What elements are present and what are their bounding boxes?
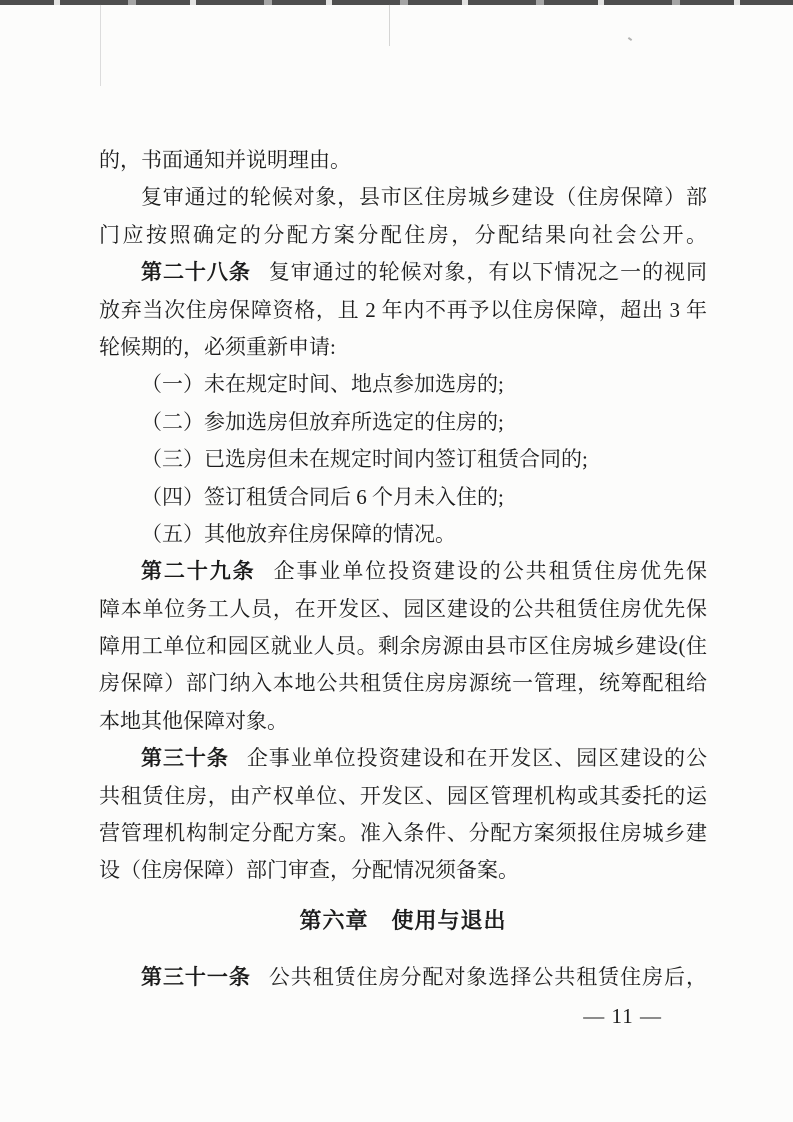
article-30-text: 企事业单位投资建设和在开发区、园区建设的公	[247, 746, 707, 770]
article-28-line: 放弃当次住房保障资格，且 2 年内不再予以住房保障，超出 3 年	[99, 292, 707, 329]
article-28-number: 第二十八条	[141, 260, 251, 284]
article-30-number: 第三十条	[141, 746, 229, 770]
article-29-line: 障本单位务工人员，在开发区、园区建设的公共租赁住房优先保	[99, 591, 707, 628]
article-30-opening-line: 第三十条企事业单位投资建设和在开发区、园区建设的公	[99, 740, 707, 777]
paragraph-continuation-line: 的，书面通知并说明理由。	[99, 142, 707, 179]
page-number: — 11 —	[583, 1004, 662, 1028]
list-item-1: （一）未在规定时间、地点参加选房的;	[99, 366, 707, 403]
scan-artifact-vertical-line	[389, 4, 390, 46]
article-29-line: 本地其他保障对象。	[99, 703, 707, 740]
chapter-6-heading: 第六章 使用与退出	[99, 902, 707, 939]
article-29-number: 第二十九条	[141, 559, 256, 583]
list-item-5: （五）其他放弃住房保障的情况。	[99, 516, 707, 553]
article-29-line: 障用工单位和园区就业人员。剩余房源由县市区住房城乡建设(住	[99, 628, 707, 665]
article-30-line: 营管理机构制定分配方案。准入条件、分配方案须报住房城乡建	[99, 815, 707, 852]
article-29-opening-line: 第二十九条企事业单位投资建设的公共租赁住房优先保	[99, 553, 707, 590]
scan-artifact-top-edge	[0, 0, 793, 5]
article-28-opening-line: 第二十八条复审通过的轮候对象，有以下情况之一的视同	[99, 254, 707, 291]
scanned-document-page: 的，书面通知并说明理由。 复审通过的轮候对象，县市区住房城乡建设（住房保障）部 …	[0, 0, 793, 1122]
list-item-3: （三）已选房但未在规定时间内签订租赁合同的;	[99, 441, 707, 478]
article-30-line: 共租赁住房，由产权单位、开发区、园区管理机构或其委托的运	[99, 778, 707, 815]
article-28-text: 复审通过的轮候对象，有以下情况之一的视同	[269, 260, 707, 284]
article-31-opening-line: 第三十一条公共租赁住房分配对象选择公共租赁住房后，	[99, 959, 707, 996]
article-30-line: 设（住房保障）部门审查，分配情况须备案。	[99, 852, 707, 889]
paragraph-line: 复审通过的轮候对象，县市区住房城乡建设（住房保障）部	[99, 179, 707, 216]
list-item-4: （四）签订租赁合同后 6 个月未入住的;	[99, 479, 707, 516]
document-body: 的，书面通知并说明理由。 复审通过的轮候对象，县市区住房城乡建设（住房保障）部 …	[99, 142, 707, 997]
article-31-number: 第三十一条	[141, 965, 251, 989]
scan-artifact-speck	[628, 37, 632, 41]
article-29-line: 房保障）部门纳入本地公共租赁住房房源统一管理，统筹配租给	[99, 665, 707, 702]
paragraph-line: 门应按照确定的分配方案分配住房，分配结果向社会公开。	[99, 217, 707, 254]
article-31-text: 公共租赁住房分配对象选择公共租赁住房后，	[269, 965, 707, 989]
article-29-text: 企事业单位投资建设的公共租赁住房优先保	[274, 559, 707, 583]
article-28-line: 轮候期的，必须重新申请:	[99, 329, 707, 366]
list-item-2: （二）参加选房但放弃所选定的住房的;	[99, 404, 707, 441]
scan-artifact-vertical-line	[100, 4, 101, 86]
